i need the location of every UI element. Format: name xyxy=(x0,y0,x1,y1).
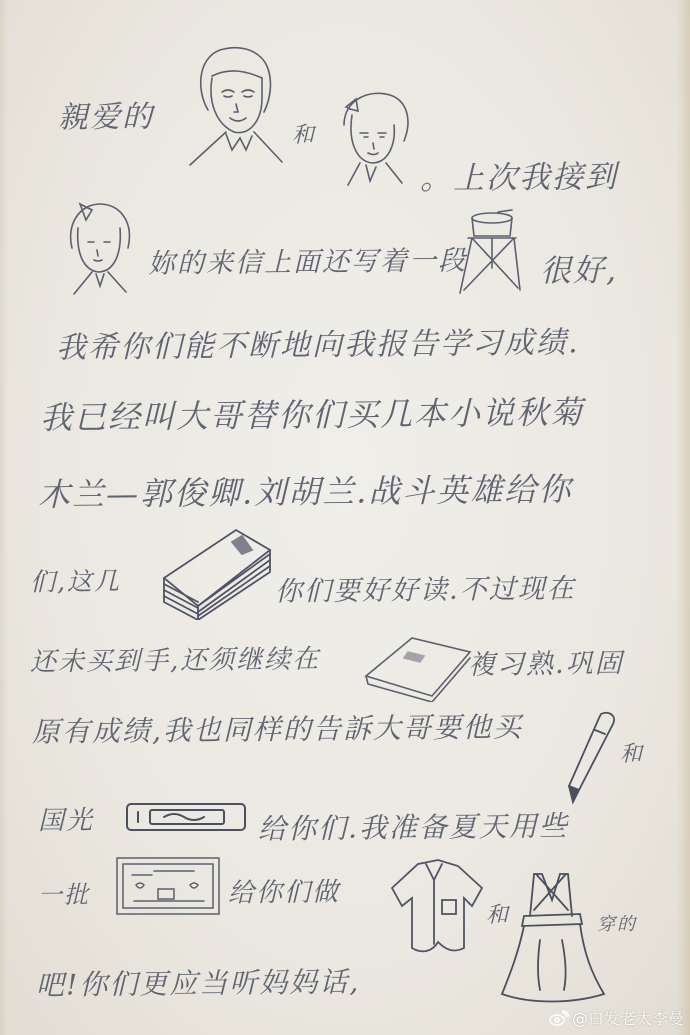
text-guoguang: 国光 xyxy=(38,800,94,838)
text-line-8: 原有成绩,我也同样的告訴大哥要他买 xyxy=(32,705,523,750)
text-review: 複习熟.巩固 xyxy=(468,641,624,682)
pinafore-dress-icon xyxy=(500,870,605,1005)
books-icon xyxy=(158,520,283,620)
harmonica-icon xyxy=(124,800,249,836)
text-and-1: 和 xyxy=(292,118,316,149)
notebook-icon xyxy=(362,632,477,702)
text-very-good: 很好, xyxy=(540,245,618,291)
weibo-icon xyxy=(549,1010,569,1026)
paper-edge-right xyxy=(676,0,690,1035)
text-your-letter: 妳的来信上面还写着一段 xyxy=(148,238,467,280)
girl-with-bow-portrait-icon xyxy=(330,85,415,190)
text-read-well: 你们要好好读.不过现在 xyxy=(275,566,576,608)
paper-edge-left xyxy=(0,0,8,1035)
girl-portrait-icon xyxy=(62,198,142,298)
shirt-icon xyxy=(388,858,488,958)
text-wear: 穿的 xyxy=(597,910,637,936)
text-line-4: 我已经叫大哥替你们买几本小说秋菊 xyxy=(40,387,584,439)
text-a-batch: 一批 xyxy=(38,875,90,911)
watermark-text: @白发老太李曼 xyxy=(572,1006,684,1029)
text-line-3: 我希你们能不断地向我报告学习成绩. xyxy=(56,317,580,366)
fountain-pen-icon xyxy=(565,710,620,805)
woman-portrait-icon xyxy=(178,40,288,175)
text-line-5: 木兰—郭俊卿.刘胡兰.战斗英雄给你 xyxy=(38,464,573,516)
weibo-watermark: @白发老太李曼 xyxy=(549,1006,684,1029)
lamp-icon xyxy=(458,208,533,298)
banknote-icon xyxy=(114,855,222,917)
text-last-time-received: 。上次我接到 xyxy=(420,151,618,198)
text-listen-to-mom: 吧!你们更应当听妈妈话, xyxy=(36,960,361,1003)
letter-page: 親爱的 和 。上次我接到 xyxy=(0,0,690,1035)
text-dear: 親爱的 xyxy=(58,91,154,136)
text-not-bought-yet: 还未买到手,还须继续在 xyxy=(30,638,321,678)
text-these: 们,这几 xyxy=(30,562,121,599)
text-prepare-summer: 给你们.我准备夏天用些 xyxy=(258,804,569,847)
text-and-2: 和 xyxy=(620,737,644,768)
text-for-you-make: 给你们做 xyxy=(228,871,340,909)
